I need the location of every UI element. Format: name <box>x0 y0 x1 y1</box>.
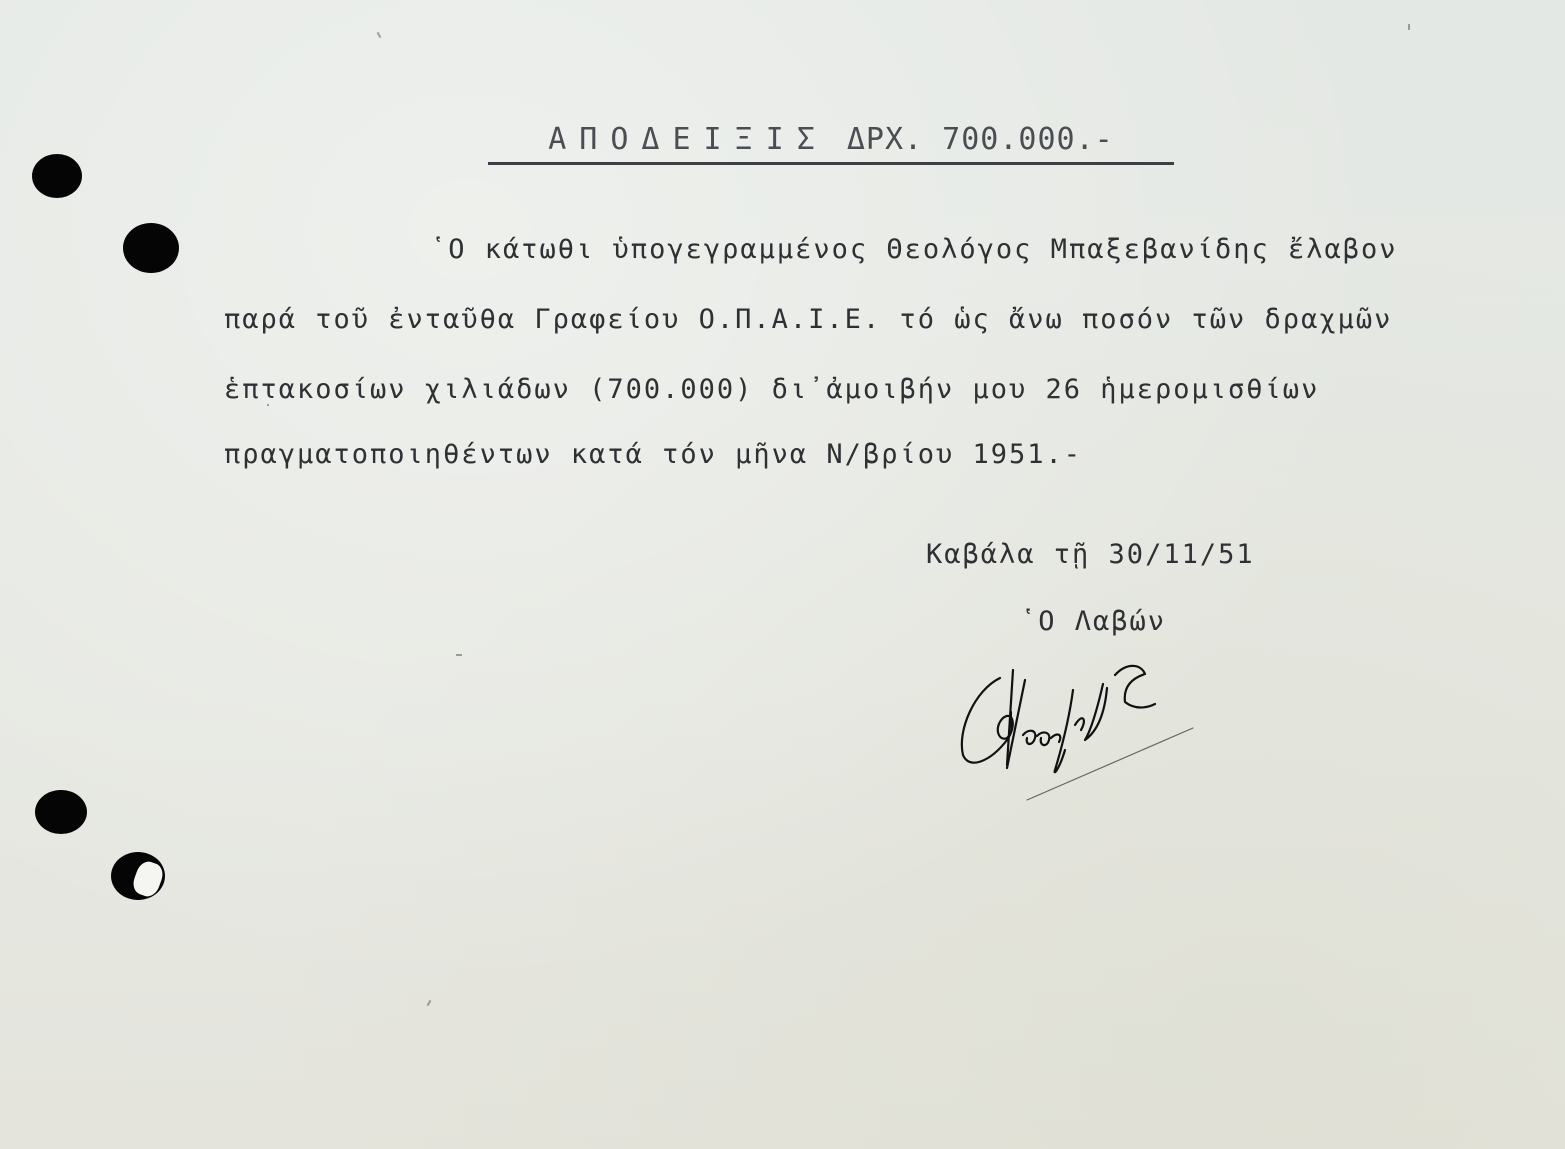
handwritten-signature-icon <box>955 650 1205 810</box>
hole-punch <box>35 790 87 834</box>
hole-punch <box>32 154 82 198</box>
body-line: ῾Ο κάτωθι ὑπογεγραμμένος Θεολόγος Μπαξεβ… <box>430 230 1398 270</box>
paper-speck <box>456 654 462 656</box>
scanned-receipt-page: ΑΠΟΔΕΙΞΙΣ ΔΡΧ. 700.000.- ῾Ο κάτωθι ὑπογε… <box>0 0 1565 1149</box>
place-and-date: Καβάλα τῇ 30/11/51 <box>926 535 1255 575</box>
body-line: πραγματοποιηθέντων κατά τόν μῆνα Ν/βρίου… <box>224 435 1082 475</box>
paper-speck <box>427 1000 432 1006</box>
paper-speck <box>377 32 382 38</box>
paper-speck <box>1408 24 1410 30</box>
signer-label: ῾Ο Λαβών <box>1020 602 1166 642</box>
title-word: ΑΠΟΔΕΙΞΙΣ <box>548 122 828 157</box>
body-line: παρά τοῦ ἐνταῦθα Γραφείου Ο.Π.Α.Ι.Ε. τό … <box>224 300 1392 340</box>
title-amount: ΔΡΧ. 700.000.- <box>847 122 1114 157</box>
hole-punch <box>123 223 179 273</box>
torn-hole-punch <box>111 852 165 900</box>
receipt-title: ΑΠΟΔΕΙΞΙΣ ΔΡΧ. 700.000.- <box>488 118 1174 165</box>
body-line: ἑπτακοσίων χιλιάδων (700.000) δι᾽ἀμοιβήν… <box>224 370 1319 410</box>
